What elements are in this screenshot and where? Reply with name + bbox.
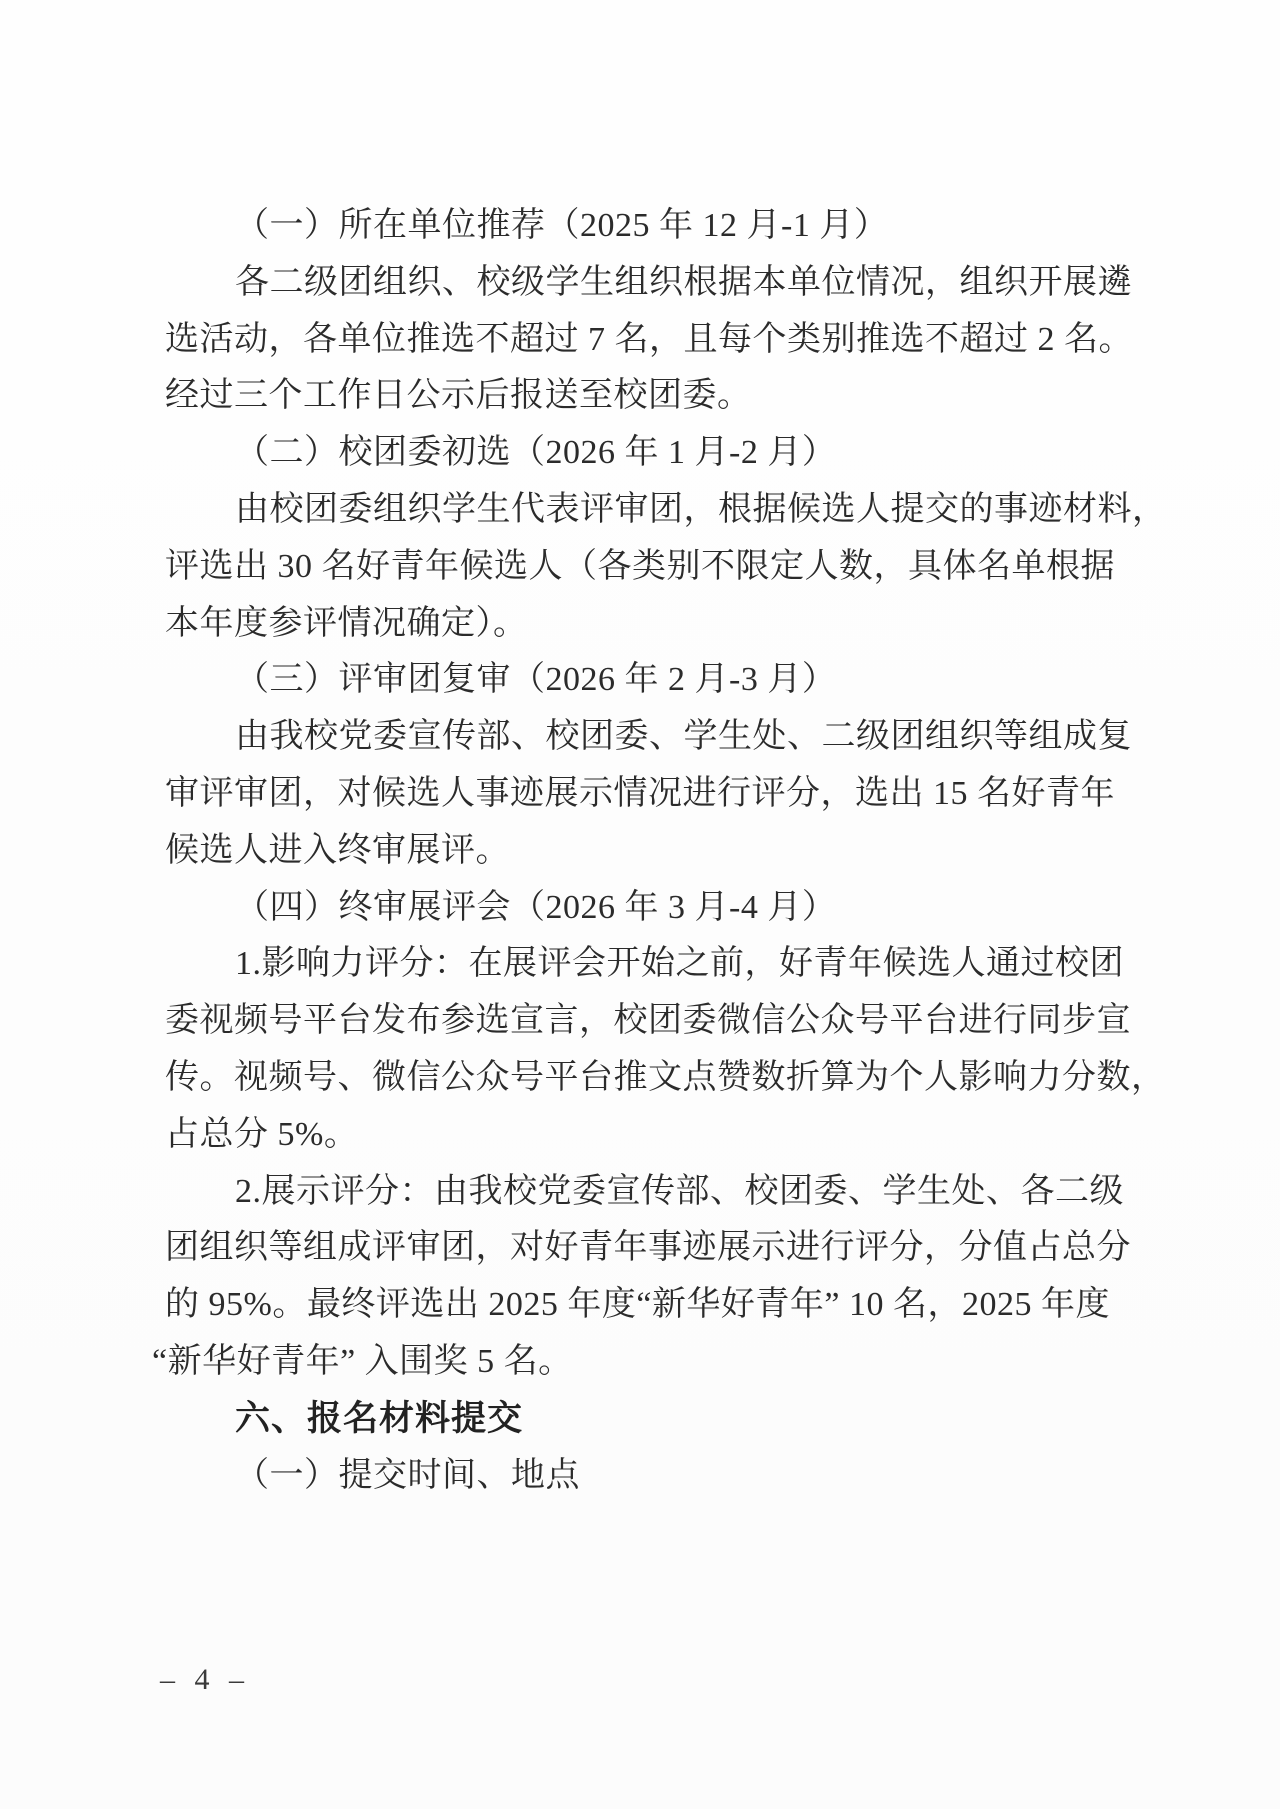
stage-3-paragraph-line: 候选人进入终审展评。	[165, 823, 1175, 880]
display-score-line: 团组织等组成评审团，对好青年事迹展示进行评分，分值占总分	[165, 1220, 1175, 1277]
stage-2-paragraph-line: 本年度参评情况确定）。	[165, 596, 1175, 653]
stage-1-paragraph-line: 各二级团组织、校级学生组织根据本单位情况，组织开展遴	[165, 255, 1175, 312]
page-number: – 4 –	[160, 1662, 246, 1698]
document-body: （一）所在单位推荐（2025 年 12 月-1 月） 各二级团组织、校级学生组织…	[165, 198, 1175, 1504]
stage-1-paragraph-line: 选活动，各单位推选不超过 7 名，且每个类别推选不超过 2 名。	[165, 312, 1175, 369]
display-score-line: 的 95%。最终评选出 2025 年度“新华好青年” 10 名，2025 年度	[165, 1277, 1175, 1334]
stage-1-paragraph-line: 经过三个工作日公示后报送至校团委。	[165, 368, 1175, 425]
display-score-line: 2.展示评分：由我校党委宣传部、校团委、学生处、各二级	[165, 1164, 1175, 1221]
stage-4-heading: （四）终审展评会（2026 年 3 月-4 月）	[165, 880, 1175, 937]
stage-2-paragraph-line: 由校团委组织学生代表评审团，根据候选人提交的事迹材料，	[165, 482, 1175, 539]
section-6-heading: 六、报名材料提交	[165, 1391, 1175, 1448]
subsection-1-heading: （一）提交时间、地点	[165, 1448, 1175, 1505]
stage-2-heading: （二）校团委初选（2026 年 1 月-2 月）	[165, 425, 1175, 482]
stage-2-paragraph-line: 评选出 30 名好青年候选人（各类别不限定人数，具体名单根据	[165, 539, 1175, 596]
stage-1-heading: （一）所在单位推荐（2025 年 12 月-1 月）	[165, 198, 1175, 255]
stage-3-heading: （三）评审团复审（2026 年 2 月-3 月）	[165, 652, 1175, 709]
document-page: （一）所在单位推荐（2025 年 12 月-1 月） 各二级团组织、校级学生组织…	[0, 0, 1280, 1809]
stage-3-paragraph-line: 由我校党委宣传部、校团委、学生处、二级团组织等组成复	[165, 709, 1175, 766]
influence-score-line: 1.影响力评分：在展评会开始之前，好青年候选人通过校团	[165, 936, 1175, 993]
display-score-line: “新华好青年” 入围奖 5 名。	[152, 1334, 1175, 1391]
influence-score-line: 传。视频号、微信公众号平台推文点赞数折算为个人影响力分数，	[165, 1050, 1175, 1107]
influence-score-line: 委视频号平台发布参选宣言，校团委微信公众号平台进行同步宣	[165, 993, 1175, 1050]
stage-3-paragraph-line: 审评审团，对候选人事迹展示情况进行评分，选出 15 名好青年	[165, 766, 1175, 823]
influence-score-line: 占总分 5%。	[165, 1107, 1175, 1164]
